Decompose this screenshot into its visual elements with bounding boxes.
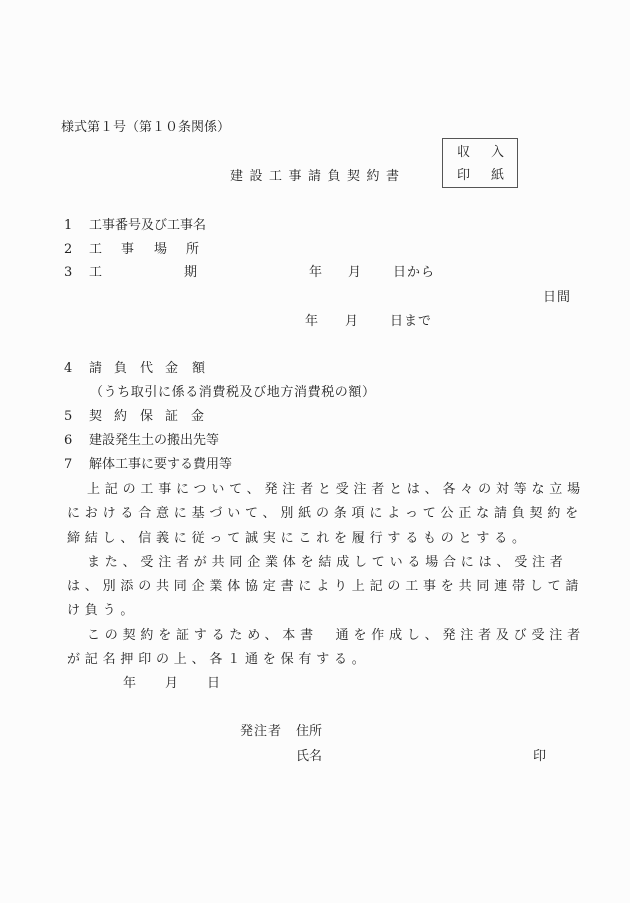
item-number: 6 xyxy=(64,433,72,449)
period-to-day: 日まで xyxy=(390,314,432,330)
item-label-char: 保 xyxy=(140,409,153,425)
period-days: 日間 xyxy=(543,290,571,306)
paragraph: また、受注者が共同企業体を結成している場合には、受注者は、別添の共同企業体協定書… xyxy=(67,551,587,624)
item-label-char: 代 xyxy=(140,361,153,377)
address-label: 住所 xyxy=(296,724,322,740)
name-label: 氏名 xyxy=(296,749,322,765)
item-label: 建設発生土の搬出先等 xyxy=(89,433,219,449)
item-label: 解体工事に要する費用等 xyxy=(89,457,232,473)
date-day: 日 xyxy=(207,676,220,692)
form-label: 様式第１号（第１０条関係） xyxy=(61,120,230,136)
item-number: 5 xyxy=(64,409,72,425)
item-label-char: 期 xyxy=(184,265,197,281)
date-month: 月 xyxy=(165,676,178,692)
revenue-stamp-box: 収 入 印 紙 xyxy=(442,138,518,188)
seal-mark: 印 xyxy=(533,749,546,765)
period-from-day: 日から xyxy=(393,265,435,281)
item-label: 工事番号及び工事名 xyxy=(89,218,206,234)
paragraph: 上記の工事について、発注者と受注者とは、各々の対等な立場における合意に基づいて、… xyxy=(67,478,587,551)
period-to-year: 年 xyxy=(305,314,318,330)
item-label-char: 証 xyxy=(165,409,178,425)
item-number: 7 xyxy=(64,457,72,473)
item-sub-label: （うち取引に係る消費税及び地方消費税の額） xyxy=(90,385,376,401)
item-label-char: 場 xyxy=(154,242,167,258)
item-label-char: 約 xyxy=(114,409,127,425)
item-label-char: 金 xyxy=(191,409,204,425)
period-to-month: 月 xyxy=(345,314,358,330)
stamp-char: 収 xyxy=(457,145,470,161)
date-year: 年 xyxy=(123,676,136,692)
item-label-char: 契 xyxy=(89,409,102,425)
paragraph: この契約を証するため、本書 通を作成し、発注者及び受注者が記名押印の上、各１通を… xyxy=(67,624,587,673)
item-label-char: 請 xyxy=(89,361,102,377)
stamp-char: 紙 xyxy=(491,168,504,184)
item-number: 2 xyxy=(64,242,72,258)
party-label: 発注者 xyxy=(240,724,282,740)
period-from-year: 年 xyxy=(309,265,322,281)
period-from-month: 月 xyxy=(348,265,361,281)
item-label-char: 工 xyxy=(89,242,102,258)
item-number: 4 xyxy=(64,361,72,377)
item-number: 1 xyxy=(64,218,72,234)
stamp-char: 入 xyxy=(491,145,504,161)
item-label-char: 額 xyxy=(192,361,205,377)
stamp-char: 印 xyxy=(457,168,470,184)
item-label-char: 金 xyxy=(165,361,178,377)
document-title: 建設工事請負契約書 xyxy=(230,169,406,185)
item-label-char: 工 xyxy=(89,265,102,281)
item-label-char: 負 xyxy=(114,361,127,377)
item-label-char: 所 xyxy=(186,242,199,258)
contract-body: 上記の工事について、発注者と受注者とは、各々の対等な立場における合意に基づいて、… xyxy=(67,478,587,672)
item-label-char: 事 xyxy=(121,242,134,258)
item-number: 3 xyxy=(64,265,72,281)
